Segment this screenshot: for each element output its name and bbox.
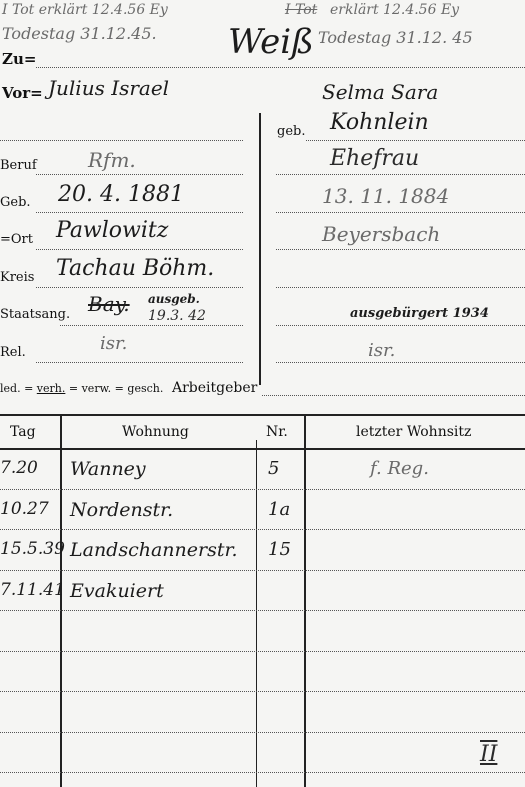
marital-option-divorced: gesch.: [127, 382, 163, 395]
district-label: Kreis: [0, 270, 34, 285]
death-declared-note-left: I Tot erklärt 12.4.56 Ey: [2, 2, 168, 18]
wife-occupation: Ehefrau: [330, 146, 419, 171]
row-rule: [0, 570, 525, 571]
page-mark: II: [480, 742, 497, 767]
row-rule: [0, 772, 525, 773]
district-line-right: [276, 287, 525, 288]
husband-citizenship-date: 19.3. 42: [148, 308, 206, 324]
row-rule: [0, 691, 525, 692]
citizenship-label: Staatsang.: [0, 307, 70, 322]
row-street: Nordenstr.: [70, 499, 173, 521]
birth-date-label: Geb.: [0, 195, 31, 210]
citizenship-line-left: [60, 325, 243, 326]
husband-given-name: Julius Israel: [48, 76, 169, 100]
surname-label: Zu=: [2, 50, 36, 68]
district-line-left: [36, 287, 243, 288]
table-col-divider-2: [256, 440, 257, 787]
religion-label: Rel.: [0, 345, 26, 360]
left-blank-line: [0, 140, 243, 141]
given-name-label: Vor=: [2, 84, 43, 102]
death-date-note-left: Todestag 31.12.45.: [2, 24, 157, 43]
citizenship-line-right: [276, 325, 525, 326]
row-rule: [0, 610, 525, 611]
surname-value: Weiß: [228, 22, 314, 62]
struck-note-right: I Tot: [285, 2, 317, 18]
religion-line-left: [36, 362, 243, 363]
marital-option-widowed: verw.: [82, 382, 112, 395]
wife-citizenship-note: ausgebürgert 1934: [350, 306, 489, 321]
row-date: 7.11.41: [0, 580, 65, 600]
marital-status-options: led. = verh. = verw. = gesch.: [0, 382, 163, 395]
husband-birthplace: Pawlowitz: [56, 218, 168, 243]
registration-card: I Tot erklärt 12.4.56 Ey Todestag 31.12.…: [0, 0, 525, 787]
occupation-line-left: [36, 174, 243, 175]
birth-line-right: [276, 212, 525, 213]
row-street: Landschannerstr.: [70, 539, 238, 561]
table-header-residence: Wohnung: [122, 424, 189, 440]
death-date-note-right: Todestag 31.12. 45: [318, 28, 473, 47]
surname-line: [36, 67, 525, 68]
occupation-label: Beruf: [0, 158, 37, 173]
husband-citizenship-note: ausgeb.: [148, 292, 200, 306]
occupation-line-right: [276, 174, 525, 175]
row-date: 7.20: [0, 458, 38, 478]
wife-religion: isr.: [368, 340, 395, 361]
birthplace-line-left: [36, 249, 243, 250]
wife-birthplace: Beyersbach: [322, 222, 440, 246]
table-header-number: Nr.: [266, 424, 288, 440]
maiden-name-label: geb.: [277, 124, 305, 139]
row-number: 15: [268, 539, 291, 560]
row-number: 1a: [268, 499, 290, 520]
husband-district: Tachau Böhm.: [56, 256, 214, 281]
table-top-rule: [0, 414, 525, 416]
employer-line: [262, 395, 525, 396]
row-number: 5: [268, 458, 279, 479]
table-header-day: Tag: [10, 424, 36, 440]
employer-label: Arbeitgeber: [172, 380, 257, 396]
row-date: 10.27: [0, 499, 49, 519]
husband-occupation: Rfm.: [88, 148, 136, 172]
marital-option-married: verh.: [37, 382, 66, 395]
row-rule: [0, 651, 525, 652]
wife-birth-date: 13. 11. 1884: [322, 184, 449, 208]
wife-given-name: Selma Sara: [322, 80, 438, 104]
row-rule: [0, 732, 525, 733]
marital-option-single: led.: [0, 382, 21, 395]
table-header-rule: [0, 448, 525, 450]
husband-citizenship-struck: Bay.: [88, 292, 130, 316]
birthplace-line-right: [276, 249, 525, 250]
row-date: 15.5.39: [0, 539, 65, 559]
table-header-last-residence: letzter Wohnsitz: [356, 424, 471, 440]
husband-religion: isr.: [100, 333, 127, 354]
religion-line-right: [276, 362, 525, 363]
death-declared-note-right: erklärt 12.4.56 Ey: [330, 2, 459, 18]
birth-line-left: [36, 212, 243, 213]
row-rule: [0, 489, 525, 490]
birthplace-label: =Ort: [0, 232, 33, 247]
row-previous-residence: f. Reg.: [370, 458, 429, 479]
maiden-line: [306, 140, 525, 141]
column-divider: [259, 113, 261, 385]
row-rule: [0, 529, 525, 530]
row-street: Evakuiert: [70, 580, 164, 602]
wife-maiden-name: Kohnlein: [330, 110, 429, 135]
row-street: Wanney: [70, 458, 146, 480]
husband-birth-date: 20. 4. 1881: [58, 182, 184, 207]
